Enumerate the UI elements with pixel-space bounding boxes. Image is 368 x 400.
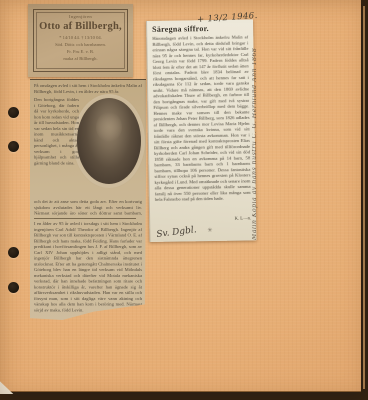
page-edge	[363, 6, 365, 389]
notice-line: Fr. Fru E. v. B.	[38, 48, 123, 55]
handwritten-source-note: Sv. Dgbl.	[156, 225, 197, 240]
handwritten-margin-note: Malin Kopia av hans hustru C. G. Hernlun…	[252, 26, 265, 240]
obituary-body-top: och det är att anse som detta goda arv. …	[34, 199, 142, 217]
footnote-mark: ✳	[207, 227, 212, 234]
death-notice-clipping: Ingenjören Otto af Billbergh, * 14/10 44…	[28, 4, 133, 77]
notice-title-label: Ingenjören	[38, 14, 123, 19]
death-notice-text: Ingenjören Otto af Billbergh, * 14/10 44…	[38, 14, 123, 67]
notice-name: Otto af Billbergh,	[38, 21, 123, 32]
notice-dates: * 14/10 44. † 13/10 04.	[38, 34, 123, 41]
binder-hole	[8, 282, 19, 293]
obituary-body-rest: I en ålder av 95 år avled i torsdags i s…	[34, 221, 142, 319]
obituary-clipping: På onsdagen avled i sitt hem i Stockholm…	[30, 79, 146, 320]
article-clipping: Säregna siffror. Häromdagen avled i Stoc…	[146, 19, 256, 242]
article-body: Häromdagen avled i Stockholm änkefru Mal…	[152, 34, 251, 216]
binder-hole	[8, 247, 19, 258]
binder-hole	[8, 141, 19, 152]
obituary-portrait-section: Den bortgångna föddes i Göteborg, där fa…	[34, 97, 142, 197]
article-signature: K. L—n.	[155, 215, 251, 224]
binder-hole	[8, 107, 19, 118]
obituary-column-text: Den bortgångna föddes i Göteborg, där fa…	[34, 97, 79, 195]
obituary-intro: På onsdagen avled i sitt hem i Stockholm…	[34, 83, 142, 97]
article-headline: Säregna siffror.	[152, 23, 248, 34]
scrapbook-scan: Ingenjören Otto af Billbergh, * 14/10 44…	[0, 0, 368, 400]
notice-line: Söd. Döttr. och barnbarnen.	[38, 41, 123, 48]
notice-line: maka af Billbergh.	[38, 55, 123, 62]
column-rule	[34, 218, 136, 219]
portrait-photo	[77, 98, 141, 184]
